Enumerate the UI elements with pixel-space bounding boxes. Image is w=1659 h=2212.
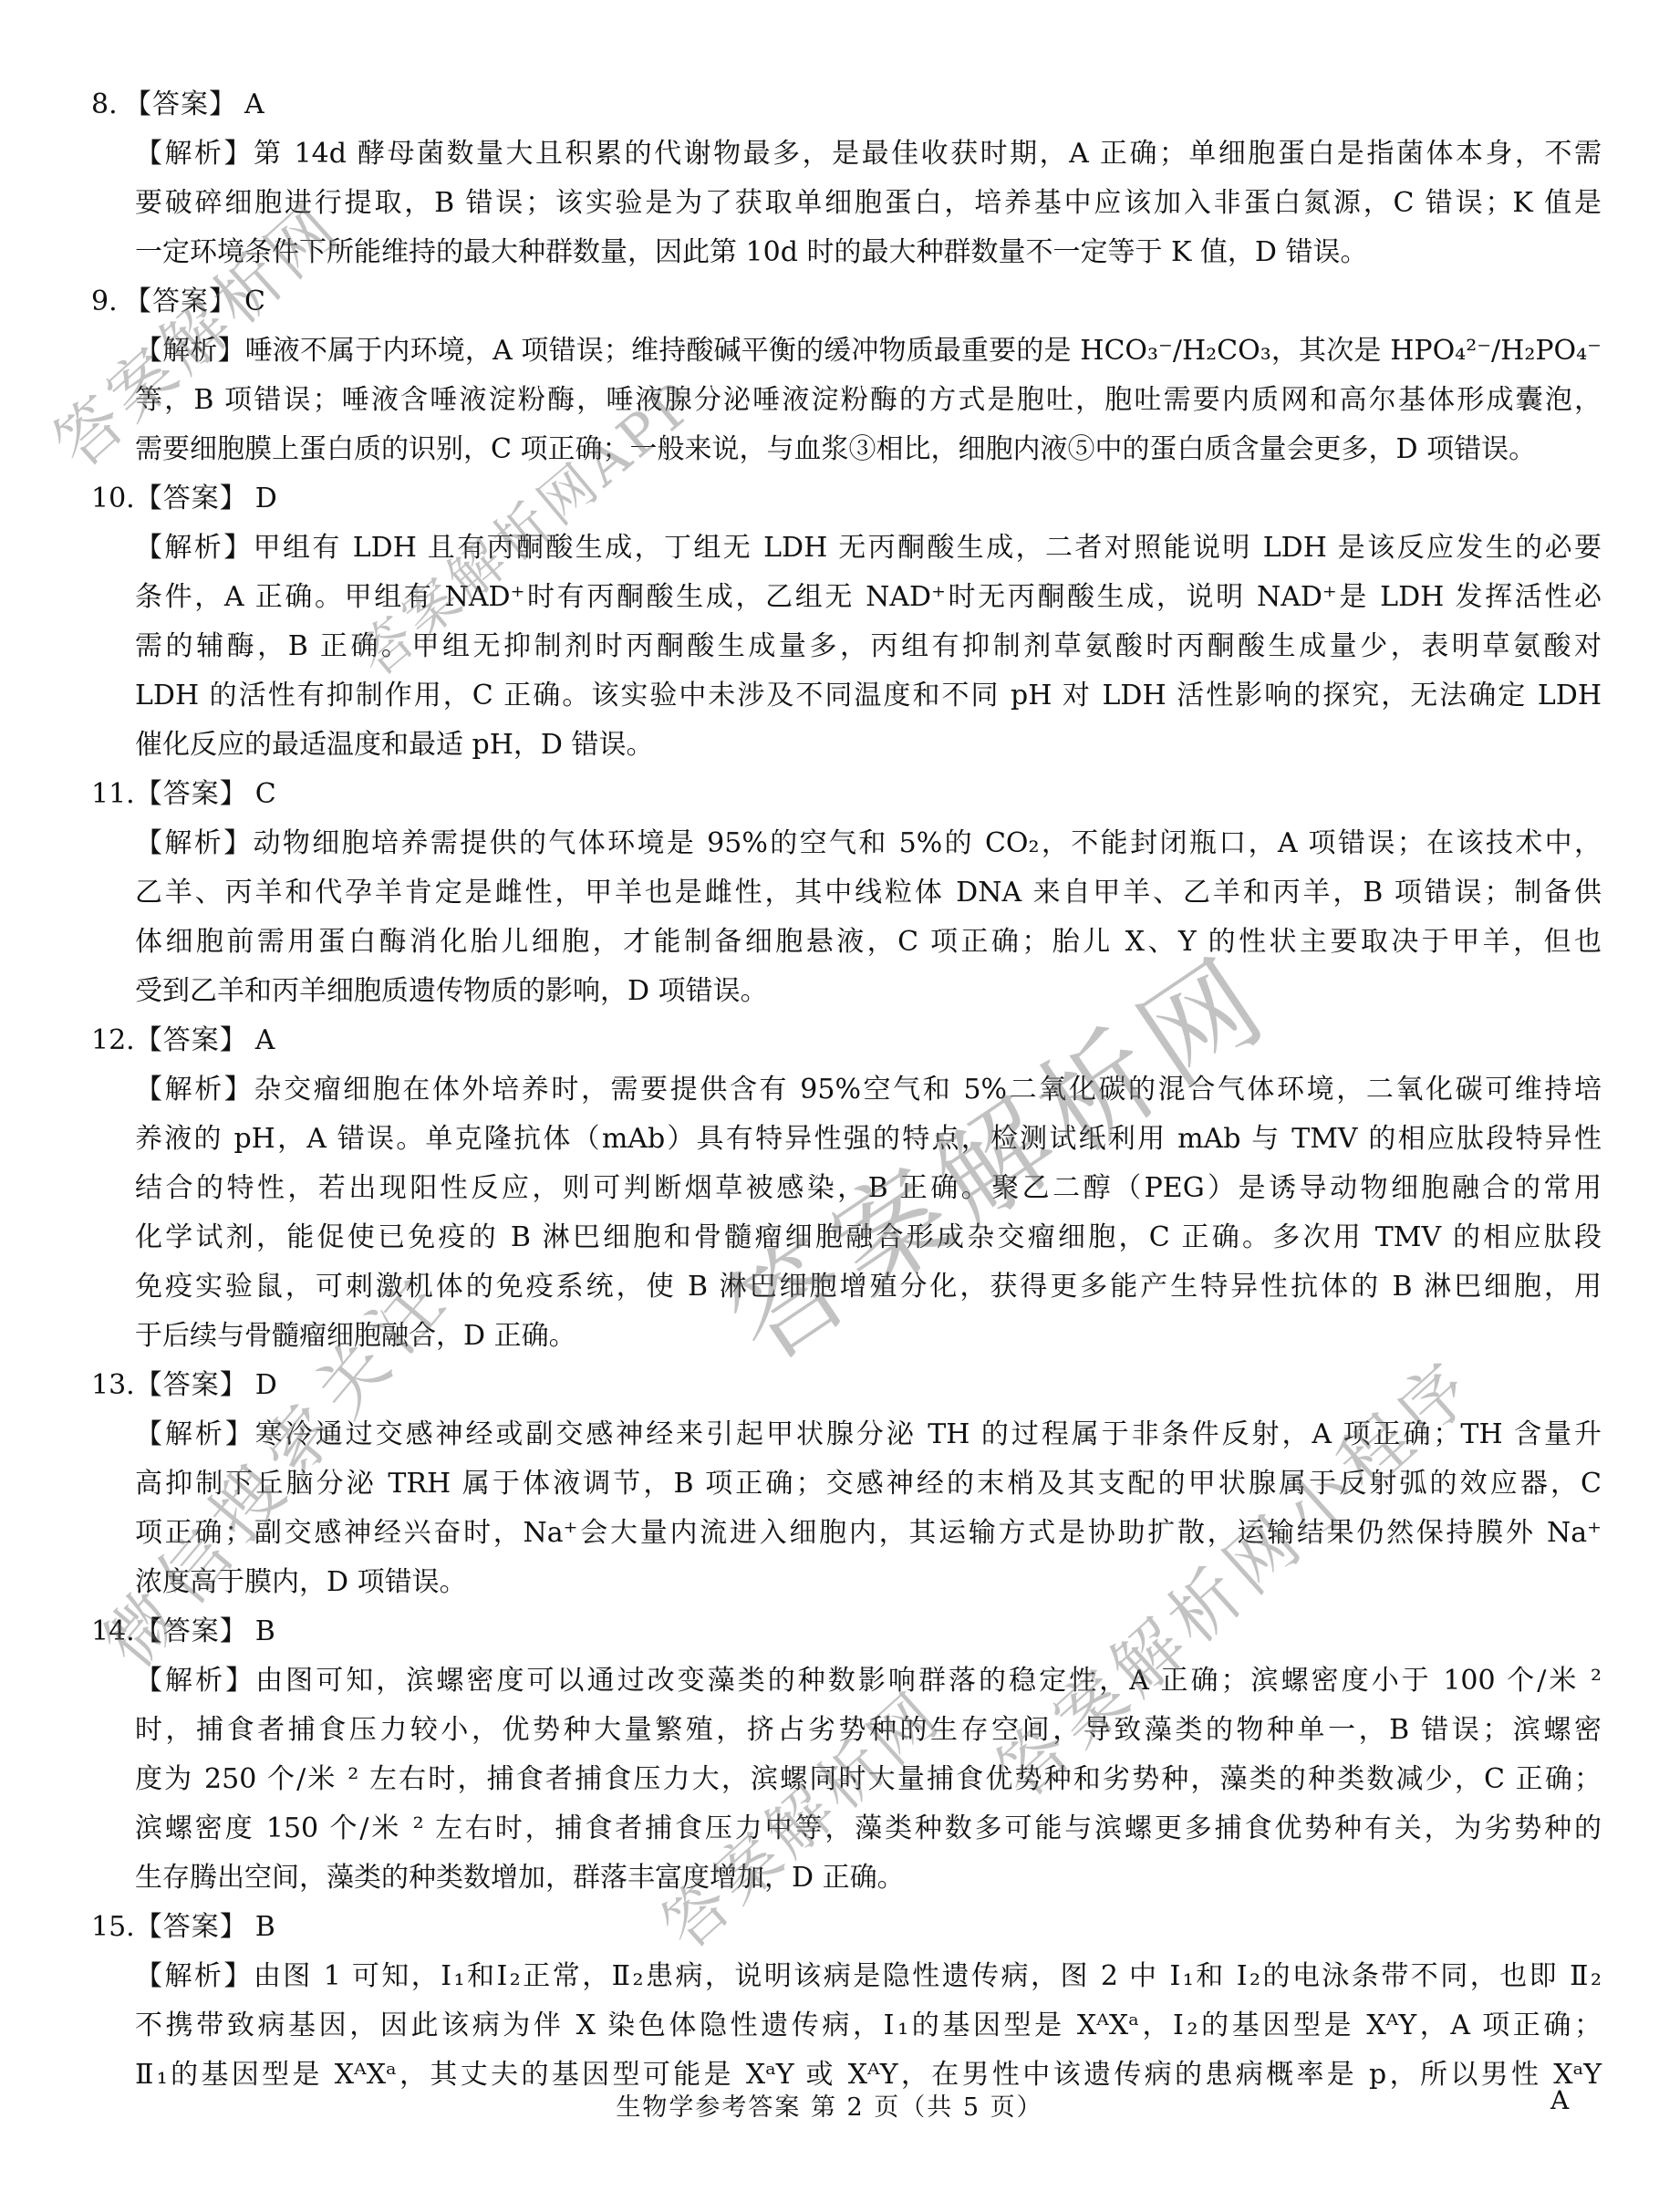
analysis-line: 免疫实验鼠，可刺激机体的免疫系统，使 B 淋巴细胞增殖分化，获得更多能产生特异性… — [135, 1262, 1602, 1312]
analysis-line: 化学试剂，能促使已免疫的 B 淋巴细胞和骨髓瘤细胞融合形成杂交瘤细胞，C 正确。… — [135, 1213, 1602, 1262]
analysis-line: 结合的特性，若出现阳性反应，则可判断烟草被感染，B 正确。聚乙二醇（PEG）是诱… — [135, 1164, 1602, 1213]
answer-letter: B — [255, 1911, 275, 1943]
paper-version-mark: A — [1550, 2085, 1569, 2115]
analysis-line: 催化反应的最适温度和最适 pH，D 错误。 — [135, 721, 1602, 770]
answer-line: 8.【答案】A — [91, 80, 1605, 130]
analysis-line: 时，捕食者捕食压力较小，优势种大量繁殖，挤占劣势种的生存空间，导致藻类的物种单一… — [135, 1706, 1602, 1755]
answers-list: 8.【答案】A 【解析】第 14d 酵母菌数量大且积累的代谢物最多，是最佳收获时… — [91, 80, 1605, 2100]
analysis-line: 受到乙羊和丙羊细胞质遗传物质的影响，D 项错误。 — [135, 967, 1602, 1016]
answer-label: 【答案】 — [135, 1369, 248, 1401]
answer-item-15: 15.【答案】B 【解析】由图 1 可知，Ⅰ₁和Ⅰ₂正常，Ⅱ₂患病，说明该病是隐… — [91, 1903, 1605, 2100]
answer-item-14: 14.【答案】B 【解析】由图可知，滨螺密度可以通过改变藻类的种数影响群落的稳定… — [91, 1607, 1605, 1903]
item-number: 11. — [91, 770, 135, 819]
item-number: 8. — [91, 80, 124, 130]
analysis-line: 不携带致病基因，因此该病为伴 X 染色体隐性遗传病，Ⅰ₁的基因型是 XᴬXᵃ，Ⅰ… — [135, 2001, 1602, 2051]
analysis-line: 生存腾出空间，藻类的种类数增加，群落丰富度增加，D 正确。 — [135, 1854, 1602, 1903]
analysis-line: 浓度高于膜内，D 项错误。 — [135, 1558, 1602, 1607]
answer-letter: B — [255, 1615, 275, 1647]
analysis-line: 【解析】唾液不属于内环境，A 项错误；维持酸碱平衡的缓冲物质最重要的是 HCO₃… — [135, 327, 1602, 376]
analysis-block: 【解析】由图可知，滨螺密度可以通过改变藻类的种数影响群落的稳定性，A 正确；滨螺… — [135, 1656, 1602, 1903]
analysis-line: 度为 250 个/米 ² 左右时，捕食者捕食压力大，滨螺同时大量捕食优势种和劣势… — [135, 1755, 1602, 1804]
analysis-block: 【解析】第 14d 酵母菌数量大且积累的代谢物最多，是最佳收获时期，A 正确；单… — [135, 130, 1602, 277]
analysis-line: 需要细胞膜上蛋白质的识别，C 项正确；一般来说，与血浆③相比，细胞内液⑤中的蛋白… — [135, 425, 1602, 474]
analysis-line: 项正确；副交感神经兴奋时，Na⁺会大量内流进入细胞内，其运输方式是协助扩散，运输… — [135, 1509, 1602, 1558]
answer-letter: A — [244, 88, 264, 120]
item-number: 12. — [91, 1016, 135, 1065]
answer-label: 【答案】 — [135, 1615, 248, 1647]
answer-line: 14.【答案】B — [91, 1607, 1605, 1656]
answer-line: 13.【答案】D — [91, 1361, 1605, 1410]
analysis-block: 【解析】杂交瘤细胞在体外培养时，需要提供含有 95%空气和 5%二氧化碳的混合气… — [135, 1065, 1602, 1361]
analysis-line: LDH 的活性有抑制作用，C 正确。该实验中未涉及不同温度和不同 pH 对 LD… — [135, 671, 1602, 721]
analysis-line: 于后续与骨髓瘤细胞融合，D 正确。 — [135, 1312, 1602, 1361]
answer-label: 【答案】 — [124, 286, 237, 317]
analysis-line: 要破碎细胞进行提取，B 错误；该实验是为了获取单细胞蛋白，培养基中应该加入非蛋白… — [135, 179, 1602, 228]
item-number: 13. — [91, 1361, 135, 1410]
item-number: 14. — [91, 1607, 135, 1656]
analysis-line: 乙羊、丙羊和代孕羊肯定是雌性，甲羊也是雌性，其中线粒体 DNA 来自甲羊、乙羊和… — [135, 868, 1602, 918]
answer-letter: C — [244, 286, 265, 317]
answer-item-9: 9.【答案】C 【解析】唾液不属于内环境，A 项错误；维持酸碱平衡的缓冲物质最重… — [91, 277, 1605, 474]
answer-item-8: 8.【答案】A 【解析】第 14d 酵母菌数量大且积累的代谢物最多，是最佳收获时… — [91, 80, 1605, 277]
analysis-line: 高抑制下丘脑分泌 TRH 属于体液调节，B 项正确；交感神经的末梢及其支配的甲状… — [135, 1459, 1602, 1509]
analysis-line: 等，B 项错误；唾液含唾液淀粉酶，唾液腺分泌唾液淀粉酶的方式是胞吐，胞吐需要内质… — [135, 376, 1602, 425]
answer-letter: D — [255, 1369, 277, 1401]
analysis-line: 滨螺密度 150 个/米 ² 左右时，捕食者捕食压力中等，藻类种数多可能与滨螺更… — [135, 1804, 1602, 1854]
analysis-line: 【解析】第 14d 酵母菌数量大且积累的代谢物最多，是最佳收获时期，A 正确；单… — [135, 130, 1602, 179]
answer-item-12: 12.【答案】A 【解析】杂交瘤细胞在体外培养时，需要提供含有 95%空气和 5… — [91, 1016, 1605, 1361]
answer-label: 【答案】 — [135, 1024, 248, 1056]
answer-letter: C — [255, 778, 276, 810]
answer-label: 【答案】 — [135, 1911, 248, 1943]
answer-item-13: 13.【答案】D 【解析】寒冷通过交感神经或副交感神经来引起甲状腺分泌 TH 的… — [91, 1361, 1605, 1607]
answer-item-10: 10.【答案】D 【解析】甲组有 LDH 且有丙酮酸生成，丁组无 LDH 无丙酮… — [91, 474, 1605, 770]
analysis-line: 体细胞前需用蛋白酶消化胎儿细胞，才能制备细胞悬液，C 项正确；胎儿 X、Y 的性… — [135, 918, 1602, 967]
item-number: 9. — [91, 277, 124, 327]
item-number: 15. — [91, 1903, 135, 1952]
answer-item-11: 11.【答案】C 【解析】动物细胞培养需提供的气体环境是 95%的空气和 5%的… — [91, 770, 1605, 1016]
answer-line: 10.【答案】D — [91, 474, 1605, 524]
analysis-block: 【解析】甲组有 LDH 且有丙酮酸生成，丁组无 LDH 无丙酮酸生成，二者对照能… — [135, 524, 1602, 770]
answer-line: 9.【答案】C — [91, 277, 1605, 327]
answer-label: 【答案】 — [124, 88, 237, 120]
analysis-block: 【解析】动物细胞培养需提供的气体环境是 95%的空气和 5%的 CO₂，不能封闭… — [135, 819, 1602, 1016]
answer-key-page: 8.【答案】A 【解析】第 14d 酵母菌数量大且积累的代谢物最多，是最佳收获时… — [0, 0, 1659, 2212]
analysis-line: 一定环境条件下所能维持的最大种群数量，因此第 10d 时的最大种群数量不一定等于… — [135, 228, 1602, 277]
answer-label: 【答案】 — [135, 483, 248, 514]
analysis-line: 【解析】甲组有 LDH 且有丙酮酸生成，丁组无 LDH 无丙酮酸生成，二者对照能… — [135, 524, 1602, 573]
answer-line: 12.【答案】A — [91, 1016, 1605, 1065]
item-number: 10. — [91, 474, 135, 524]
answer-letter: D — [255, 483, 277, 514]
answer-line: 11.【答案】C — [91, 770, 1605, 819]
answer-line: 15.【答案】B — [91, 1903, 1605, 1952]
answer-letter: A — [255, 1024, 275, 1056]
page-footer: 生物学参考答案 第 2 页（共 5 页） — [0, 2087, 1659, 2123]
analysis-line: 养液的 pH，A 错误。单克隆抗体（mAb）具有特异性强的特点，检测试纸利用 m… — [135, 1115, 1602, 1164]
answer-label: 【答案】 — [135, 778, 248, 810]
analysis-line: 条件，A 正确。甲组有 NAD⁺时有丙酮酸生成，乙组无 NAD⁺时无丙酮酸生成，… — [135, 573, 1602, 622]
analysis-line: 【解析】寒冷通过交感神经或副交感神经来引起甲状腺分泌 TH 的过程属于非条件反射… — [135, 1410, 1602, 1459]
analysis-line: 【解析】杂交瘤细胞在体外培养时，需要提供含有 95%空气和 5%二氧化碳的混合气… — [135, 1065, 1602, 1115]
analysis-line: 需的辅酶，B 正确。甲组无抑制剂时丙酮酸生成量多，丙组有抑制剂草氨酸时丙酮酸生成… — [135, 622, 1602, 671]
analysis-line: 【解析】动物细胞培养需提供的气体环境是 95%的空气和 5%的 CO₂，不能封闭… — [135, 819, 1602, 868]
analysis-line: 【解析】由图可知，滨螺密度可以通过改变藻类的种数影响群落的稳定性，A 正确；滨螺… — [135, 1656, 1602, 1706]
analysis-block: 【解析】唾液不属于内环境，A 项错误；维持酸碱平衡的缓冲物质最重要的是 HCO₃… — [135, 327, 1602, 474]
analysis-block: 【解析】由图 1 可知，Ⅰ₁和Ⅰ₂正常，Ⅱ₂患病，说明该病是隐性遗传病，图 2 … — [135, 1952, 1602, 2100]
analysis-block: 【解析】寒冷通过交感神经或副交感神经来引起甲状腺分泌 TH 的过程属于非条件反射… — [135, 1410, 1602, 1607]
analysis-line: 【解析】由图 1 可知，Ⅰ₁和Ⅰ₂正常，Ⅱ₂患病，说明该病是隐性遗传病，图 2 … — [135, 1952, 1602, 2001]
